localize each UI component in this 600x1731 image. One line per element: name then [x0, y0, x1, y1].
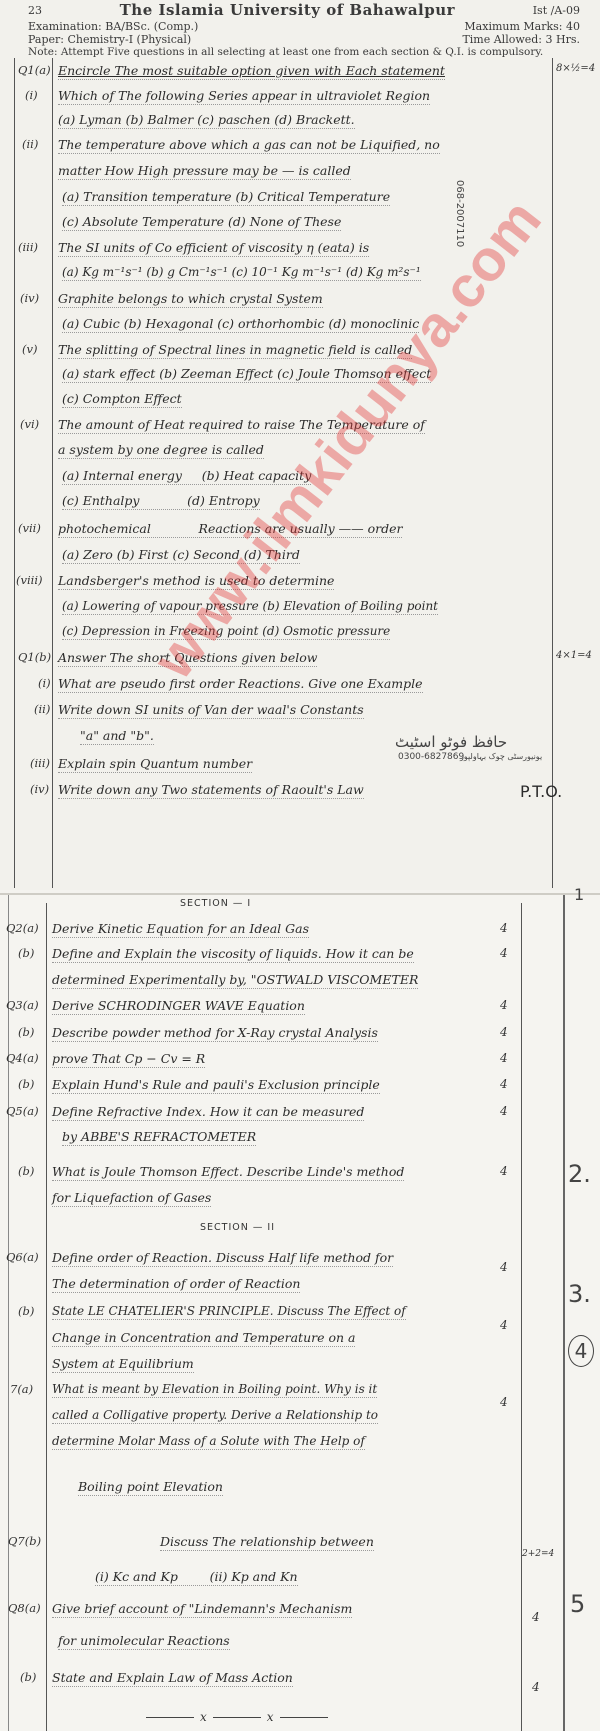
question-label: (b) [18, 1077, 34, 1091]
question-text: Derive SCHRODINGER WAVE Equation [52, 998, 305, 1015]
item-number: (ii) [34, 702, 50, 716]
margin-rule [46, 903, 47, 1731]
item-line: Graphite belongs to which crystal System [58, 291, 323, 308]
question-text: State and Explain Law of Mass Action [52, 1670, 293, 1687]
question-marks: 4 [500, 1318, 508, 1332]
margin-rule [14, 58, 15, 888]
question-marks: 4 [500, 946, 508, 960]
question-text: Derive Kinetic Equation for an Ideal Gas [52, 921, 309, 938]
shop-stamp-name: حافظ فوٹو اسٹیٹ [395, 733, 507, 751]
item-line: Explain spin Quantum number [58, 756, 252, 773]
paper-label: Paper: Chemistry-I (Physical) [28, 33, 191, 46]
margin-number: 3. [568, 1280, 591, 1308]
item-option: (c) Compton Effect [62, 391, 182, 408]
question-label: (b) [18, 1025, 34, 1039]
section-1-heading: SECTION — I [180, 898, 251, 909]
item-line: Write down any Two statements of Raoult'… [58, 782, 364, 799]
question-marks: 4 [500, 1164, 508, 1178]
question-text: Change in Concentration and Temperature … [52, 1330, 355, 1347]
section-2-heading: SECTION — II [200, 1222, 275, 1233]
question-label: Q3(a) [6, 998, 39, 1012]
question-text: for Liquefaction of Gases [52, 1190, 211, 1207]
question-label: (b) [20, 1670, 36, 1684]
question-label: Q1(a) [18, 63, 51, 77]
margin-number: 5 [570, 1590, 585, 1618]
item-line: What are pseudo first order Reactions. G… [58, 676, 423, 693]
question-label: Q1(b) [18, 650, 51, 664]
question-text: Encircle The most suitable option given … [58, 63, 445, 80]
question-label: Q2(a) [6, 921, 39, 935]
paper-code: Ist /A-09 [533, 4, 580, 17]
question-marks: 8×½=4 [556, 63, 595, 74]
question-label: Q5(a) [6, 1104, 39, 1118]
question-label: (b) [18, 1304, 34, 1318]
item-number: (iv) [30, 782, 49, 796]
question-text: for unimolecular Reactions [58, 1633, 230, 1650]
question-text: prove That Cp − Cv = R [52, 1051, 205, 1068]
end-cross: x [267, 1710, 274, 1724]
question-marks: 4 [532, 1610, 540, 1624]
question-marks: 4 [500, 998, 508, 1012]
item-number: (iii) [30, 756, 50, 770]
item-option: (a) Kg m⁻¹s⁻¹ (b) g Cm⁻¹s⁻¹ (c) 10⁻¹ Kg … [62, 265, 421, 281]
margin-rule [552, 58, 553, 888]
item-number: (viii) [16, 573, 43, 587]
university-title: The Islamia University of Bahawalpur [120, 4, 455, 17]
item-number: (i) [25, 88, 38, 102]
item-line: The splitting of Spectral lines in magne… [58, 342, 412, 359]
question-text: Describe powder method for X-Ray crystal… [52, 1025, 378, 1042]
question-text: Define Refractive Index. How it can be m… [52, 1104, 364, 1121]
question-label: (b) [18, 946, 34, 960]
margin-number: 1 [574, 885, 584, 904]
question-text: System at Equilibrium [52, 1356, 194, 1373]
question-marks: 4 [500, 921, 508, 935]
item-option: (c) Enthalpy (d) Entropy [62, 493, 260, 510]
item-option: (c) Absolute Temperature (d) None of The… [62, 214, 341, 231]
question-marks: 4 [500, 1395, 508, 1409]
question-text: Discuss The relationship between [160, 1534, 374, 1551]
item-line: matter How High pressure may be — is cal… [58, 163, 351, 180]
item-option: (a) Transition temperature (b) Critical … [62, 189, 390, 206]
item-number: (i) [38, 676, 51, 690]
question-label: Q6(a) [6, 1250, 39, 1264]
question-text: by ABBE'S REFRACTOMETER [62, 1129, 256, 1146]
instructions-note: Note: Attempt Five questions in all sele… [28, 46, 543, 59]
question-marks: 4 [500, 1077, 508, 1091]
item-line: The SI units of Co efficient of viscosit… [58, 240, 369, 257]
question-text: Give brief account of "Lindemann's Mecha… [52, 1601, 352, 1618]
item-number: (ii) [22, 137, 38, 151]
margin-rule [563, 895, 565, 1731]
question-label: (b) [18, 1164, 34, 1178]
item-line: a system by one degree is called [58, 442, 264, 459]
question-marks: 4 [500, 1025, 508, 1039]
item-line: "a" and "b". [80, 728, 154, 745]
item-number: (iii) [18, 240, 38, 254]
question-text: The determination of order of Reaction [52, 1276, 300, 1293]
item-option: (a) Lyman (b) Balmer (c) paschen (d) Bra… [58, 112, 355, 129]
question-label: 7(a) [10, 1382, 33, 1396]
item-line: The temperature above which a gas can no… [58, 137, 440, 154]
question-marks: 4 [532, 1680, 540, 1694]
paper-header: 23 The Islamia University of Bahawalpur … [28, 4, 580, 59]
margin-rule [521, 903, 522, 1731]
question-marks: 2+2=4 [522, 1549, 554, 1559]
examination-label: Examination: BA/BSc. (Comp.) [28, 20, 198, 33]
question-marks: 4×1=4 [556, 650, 592, 661]
question-text: What is Joule Thomson Effect. Describe L… [52, 1164, 404, 1181]
question-text: State LE CHATELIER'S PRINCIPLE. Discuss … [52, 1304, 406, 1320]
paper-end-mark: xx [140, 1710, 334, 1724]
question-text: Define order of Reaction. Discuss Half l… [52, 1250, 393, 1267]
pto-mark: P.T.O. [520, 782, 562, 802]
margin-rule [52, 58, 53, 888]
margin-number-circled: 4 [568, 1335, 594, 1367]
question-text: called a Colligative property. Derive a … [52, 1408, 378, 1424]
item-number: (v) [22, 342, 37, 356]
shop-stamp-address: یونیورسٹی چوک بہاولپور [460, 752, 542, 761]
question-text: What is meant by Elevation in Boiling po… [52, 1382, 377, 1398]
question-text: determine Molar Mass of a Solute with Th… [52, 1434, 365, 1450]
item-number: (vi) [20, 417, 39, 431]
time-allowed: Time Allowed: 3 Hrs. [462, 33, 580, 46]
question-text: determined Experimentally by, "OSTWALD V… [52, 972, 418, 989]
question-label: Q7(b) [8, 1534, 41, 1548]
item-option: (a) Cubic (b) Hexagonal (c) orthorhombic… [62, 316, 419, 333]
item-number: (vii) [18, 521, 41, 535]
question-text: (i) Kc and Kp (ii) Kp and Kn [95, 1569, 298, 1586]
end-cross: x [200, 1710, 207, 1724]
item-line: Write down SI units of Van der waal's Co… [58, 702, 364, 719]
question-text: Boiling point Elevation [78, 1479, 223, 1496]
question-marks: 4 [500, 1260, 508, 1274]
item-number: (iv) [20, 291, 39, 305]
margin-number: 2. [568, 1160, 591, 1188]
maximum-marks: Maximum Marks: 40 [464, 20, 580, 33]
question-label: Q8(a) [8, 1601, 41, 1615]
question-label: Q4(a) [6, 1051, 39, 1065]
question-text: Define and Explain the viscosity of liqu… [52, 946, 414, 963]
item-line: Which of The following Series appear in … [58, 88, 430, 105]
serial-number: 23 [28, 4, 42, 17]
question-marks: 4 [500, 1104, 508, 1118]
question-text: Explain Hund's Rule and pauli's Exclusio… [52, 1077, 380, 1094]
question-marks: 4 [500, 1051, 508, 1065]
shop-stamp-phone: 0300-6827869 [398, 752, 464, 762]
